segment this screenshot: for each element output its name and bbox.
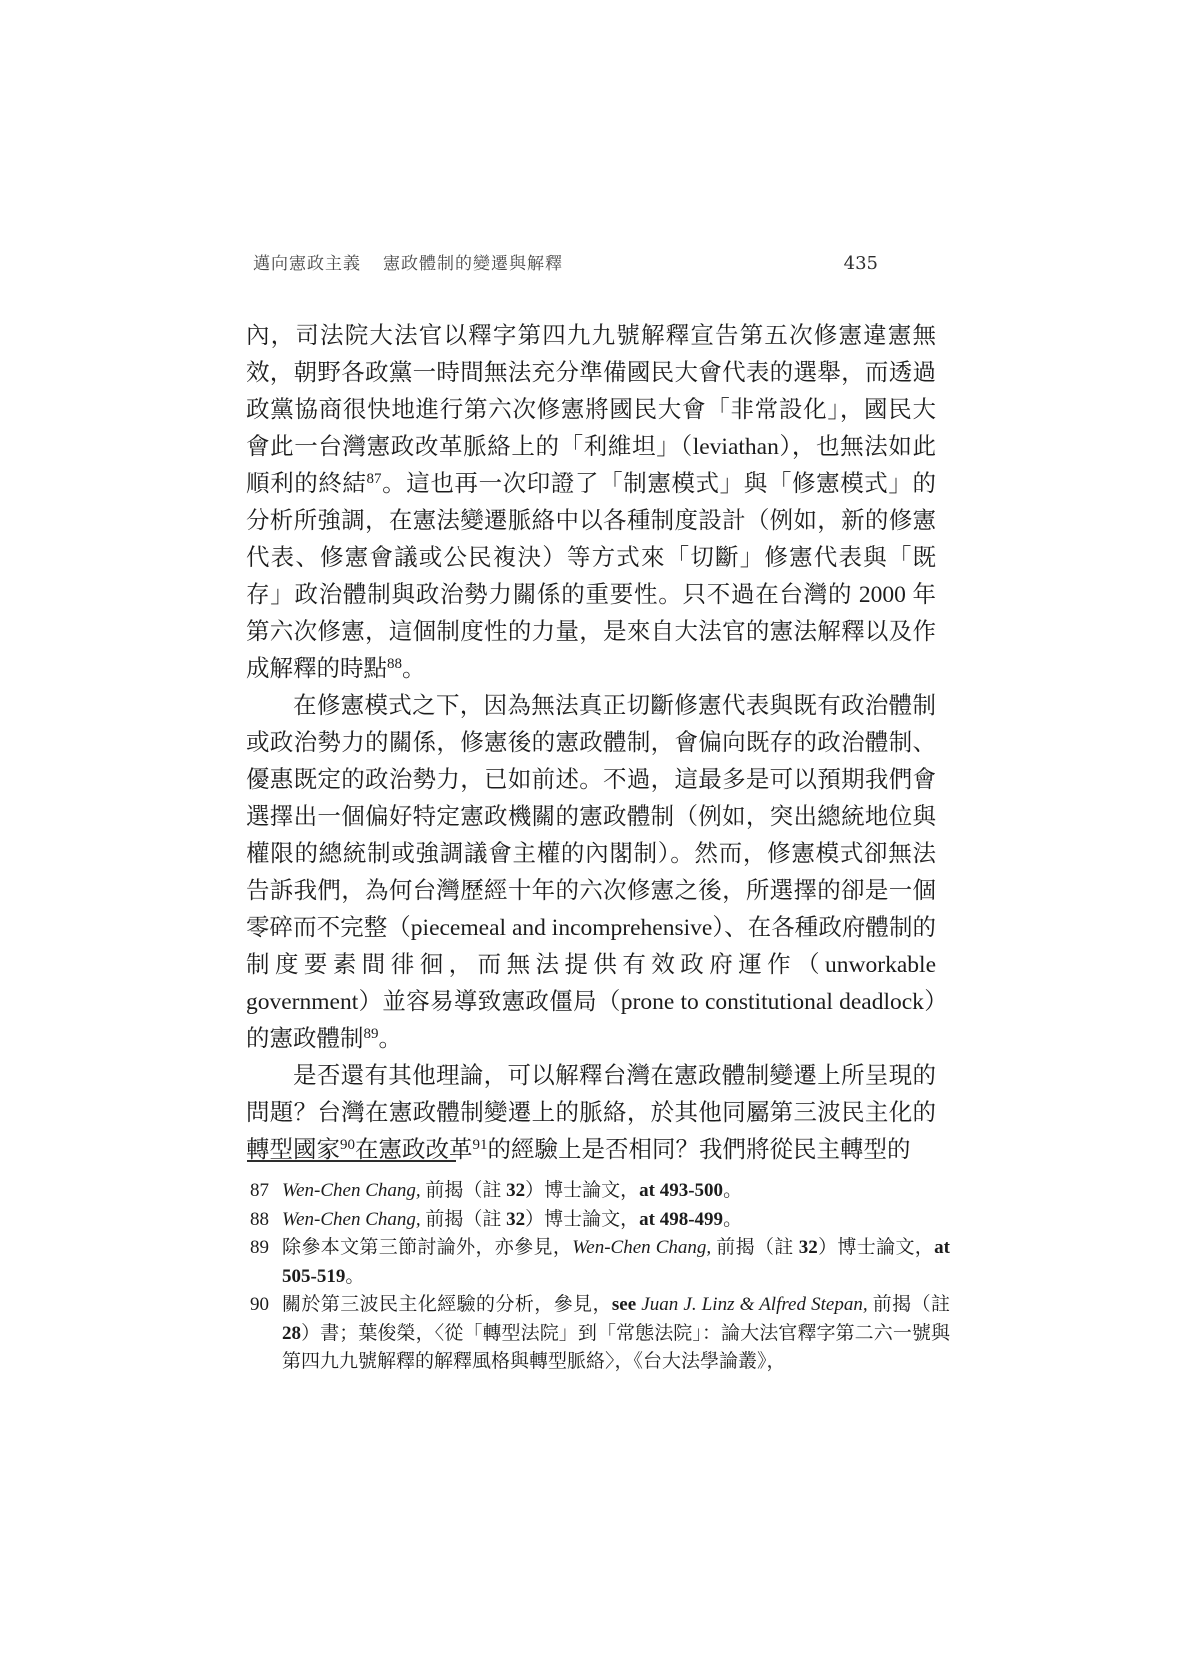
footnote-text: 除參本文第三節討論外，亦參見，Wen-Chen Chang, 前揭（註 32）博… xyxy=(282,1234,950,1291)
footnote-text: 關於第三波民主化經驗的分析，參見，see Juan J. Linz & Alfr… xyxy=(282,1291,950,1377)
footnote-note-number: 32 xyxy=(506,1180,525,1201)
footnote-author: Wen-Chen Chang, xyxy=(282,1209,421,1230)
footnote-87: 87 Wen-Chen Chang, 前揭（註 32）博士論文，at 493-5… xyxy=(250,1177,950,1206)
footnote-89: 89 除參本文第三節討論外，亦參見，Wen-Chen Chang, 前揭（註 3… xyxy=(250,1234,950,1291)
footnote-citation: 前揭（註 xyxy=(421,1180,507,1201)
footnote-author: Wen-Chen Chang, xyxy=(572,1237,711,1258)
footnote-end: 。 xyxy=(723,1180,742,1201)
footnote-ref-89: 89 xyxy=(364,1026,379,1042)
footnote-note-number: 32 xyxy=(506,1209,525,1230)
footnote-88: 88 Wen-Chen Chang, 前揭（註 32）博士論文，at 498-4… xyxy=(250,1206,950,1235)
footnote-author: Juan J. Linz & Alfred Stepan, xyxy=(636,1294,867,1315)
paragraph-text: 。 xyxy=(379,1026,403,1052)
body-paragraph-2: 在修憲模式之下，因為無法真正切斷修憲代表與既有政治體制或政治勢力的關係，修憲後的… xyxy=(246,688,936,1058)
header-article-title: 憲政體制的變遷與解釋 xyxy=(383,254,563,273)
footnote-pre: 關於第三波民主化經驗的分析，參見， xyxy=(282,1294,612,1315)
paragraph-text: 的經驗上是否相同？我們將從民主轉型的 xyxy=(488,1137,911,1163)
footnote-note-number: 28 xyxy=(282,1323,301,1344)
footnote-text: Wen-Chen Chang, 前揭（註 32）博士論文，at 493-500。 xyxy=(282,1177,950,1206)
footnote-ref-90: 90 xyxy=(340,1137,355,1153)
footnote-end: 。 xyxy=(345,1266,364,1287)
footnote-number: 88 xyxy=(250,1206,282,1235)
footnote-citation: ）博士論文， xyxy=(818,1237,934,1258)
header-book-title: 邁向憲政主義 xyxy=(253,254,361,273)
footnote-text: Wen-Chen Chang, 前揭（註 32）博士論文，at 498-499。 xyxy=(282,1206,950,1235)
footnote-separator xyxy=(247,1160,456,1162)
footnote-ref-88: 88 xyxy=(387,656,402,672)
footnote-pages: at 498-499 xyxy=(639,1209,723,1230)
footnote-citation: 前揭（註 xyxy=(421,1209,507,1230)
footnote-number: 89 xyxy=(250,1234,282,1263)
paragraph-text: 。這也再一次印證了「制憲模式」與「修憲模式」的分析所強調，在憲法變遷脈絡中以各種… xyxy=(246,471,936,682)
footnote-citation: ）博士論文， xyxy=(525,1180,639,1201)
footnote-pages: at 493-500 xyxy=(639,1180,723,1201)
footnote-ref-87: 87 xyxy=(367,471,382,487)
footnote-pre: 除參本文第三節討論外，亦參見， xyxy=(282,1237,572,1258)
footnote-see-signal: see xyxy=(612,1294,636,1315)
footnote-number: 90 xyxy=(250,1291,282,1320)
footnotes-section: 87 Wen-Chen Chang, 前揭（註 32）博士論文，at 493-5… xyxy=(250,1177,950,1377)
document-page: 邁向憲政主義憲政體制的變遷與解釋 435 內，司法院大法官以釋字第四九九號解釋宣… xyxy=(0,0,1177,1664)
article-body: 內，司法院大法官以釋字第四九九號解釋宣告第五次修憲違憲無效，朝野各政黨一時間無法… xyxy=(246,318,936,1169)
footnote-citation: 前揭（註 xyxy=(868,1294,950,1315)
footnote-number: 87 xyxy=(250,1177,282,1206)
running-header: 邁向憲政主義憲政體制的變遷與解釋 435 xyxy=(253,249,878,274)
footnote-note-number: 32 xyxy=(799,1237,818,1258)
footnote-ref-91: 91 xyxy=(473,1137,488,1153)
footnote-citation: 前揭（註 xyxy=(711,1237,799,1258)
paragraph-text: 。 xyxy=(402,656,426,682)
page-number: 435 xyxy=(844,253,878,274)
footnote-90: 90 關於第三波民主化經驗的分析，參見，see Juan J. Linz & A… xyxy=(250,1291,950,1377)
paragraph-text: 在修憲模式之下，因為無法真正切斷修憲代表與既有政治體制或政治勢力的關係，修憲後的… xyxy=(246,693,936,1052)
footnote-author: Wen-Chen Chang, xyxy=(282,1180,421,1201)
header-titles: 邁向憲政主義憲政體制的變遷與解釋 xyxy=(253,249,563,274)
body-paragraph-3: 是否還有其他理論，可以解釋台灣在憲政體制變遷上所呈現的問題？台灣在憲政體制變遷上… xyxy=(246,1058,936,1169)
footnote-citation: ）書；葉俊榮，〈從「轉型法院」到「常態法院」：論大法官釋字第二六一號與第四九九號… xyxy=(282,1323,950,1373)
footnote-end: 。 xyxy=(723,1209,742,1230)
body-paragraph-1: 內，司法院大法官以釋字第四九九號解釋宣告第五次修憲違憲無效，朝野各政黨一時間無法… xyxy=(246,318,936,688)
footnote-citation: ）博士論文， xyxy=(525,1209,639,1230)
